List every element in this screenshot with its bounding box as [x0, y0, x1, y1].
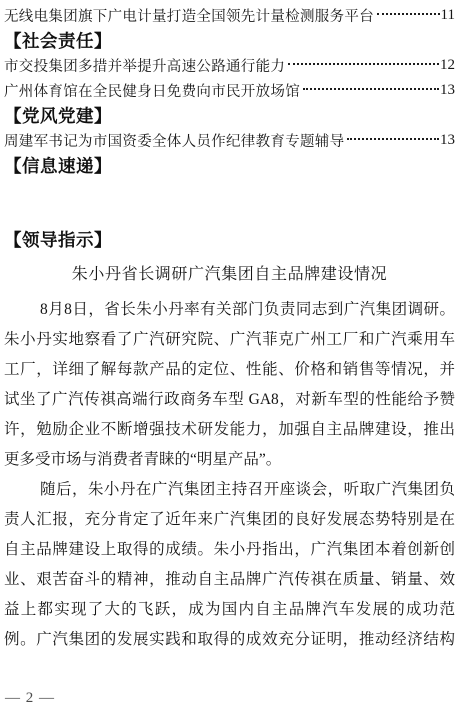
toc-page-number: 11	[441, 7, 455, 24]
paragraph-line: 朱小丹实地察看了广汽研究院、广汽菲克广州工厂和广汽乘用车	[4, 325, 455, 355]
dot-leader	[347, 138, 439, 140]
dot-leader	[303, 88, 439, 90]
toc-page-number: 12	[440, 57, 455, 74]
paragraph-line: 例。广汽集团的发展实践和取得的成效充分证明，推动经济结构	[4, 625, 455, 655]
paragraph: 随后，朱小丹在广汽集团主持召开座谈会，听取广汽集团负 责人汇报，充分肯定了近年来…	[4, 475, 455, 655]
paragraph-line: 8月8日，省长朱小丹率有关部门负责同志到广汽集团调研。	[4, 295, 455, 325]
paragraph-line: 更多受市场与消费者青睐的“明星产品”。	[4, 445, 455, 475]
document-page: 无线电集团旗下广电计量打造全国领先计量检测服务平台 11 【社会责任】 市交投集…	[0, 0, 461, 711]
toc-entry-text: 市交投集团多措并举提升高速公路通行能力	[4, 55, 285, 76]
paragraph-line: 业、艰苦奋斗的精神，推动自主品牌广汽传祺在质量、销量、效	[4, 565, 455, 595]
article: 【领导指示】 朱小丹省长调研广汽集团自主品牌建设情况 8月8日，省长朱小丹率有关…	[4, 228, 455, 655]
toc-section-header-info-express: 【信息速递】	[4, 153, 455, 178]
toc-entry-text: 广州体育馆在全民健身日免费向市民开放场馆	[4, 80, 300, 101]
toc-entry: 市交投集团多措并举提升高速公路通行能力 12	[4, 53, 455, 78]
toc-page-number: 13	[440, 82, 455, 99]
paragraph-line: 益上都实现了大的飞跃，成为国内自主品牌汽车发展的成功范	[4, 595, 455, 625]
paragraph-line: 自主品牌建设上取得的成绩。朱小丹指出，广汽集团本着创新创	[4, 535, 455, 565]
page-number-footer: — 2 —	[5, 690, 55, 707]
dot-leader	[288, 63, 439, 65]
paragraph-line: 试坐了广汽传祺高端行政商务车型 GA8，对新车型的性能给予赞	[4, 385, 455, 415]
toc-entry-text: 周建军书记为市国资委全体人员作纪律教育专题辅导	[4, 130, 344, 151]
paragraph-line: 许，勉励企业不断增强技术研发能力，加强自主品牌建设，推出	[4, 415, 455, 445]
dot-leader	[377, 13, 440, 15]
toc-entry-text: 无线电集团旗下广电计量打造全国领先计量检测服务平台	[4, 5, 374, 26]
toc-entry: 广州体育馆在全民健身日免费向市民开放场馆 13	[4, 78, 455, 103]
toc-page-number: 13	[440, 132, 455, 149]
toc-section-header-social-responsibility: 【社会责任】	[4, 28, 455, 53]
paragraph-line: 责人汇报，充分肯定了近年来广汽集团的良好发展态势特别是在	[4, 505, 455, 535]
paragraph-line: 随后，朱小丹在广汽集团主持召开座谈会，听取广汽集团负	[4, 475, 455, 505]
paragraph: 8月8日，省长朱小丹率有关部门负责同志到广汽集团调研。 朱小丹实地察看了广汽研究…	[4, 295, 455, 475]
toc-entry: 周建军书记为市国资委全体人员作纪律教育专题辅导 13	[4, 128, 455, 153]
toc-entry: 无线电集团旗下广电计量打造全国领先计量检测服务平台 11	[4, 3, 455, 28]
table-of-contents: 无线电集团旗下广电计量打造全国领先计量检测服务平台 11 【社会责任】 市交投集…	[4, 3, 455, 179]
toc-section-header-party-building: 【党风党建】	[4, 103, 455, 128]
article-title: 朱小丹省长调研广汽集团自主品牌建设情况	[4, 262, 455, 287]
paragraph-line: 工厂，详细了解每款产品的定位、性能、价格和销售等情况，并	[4, 355, 455, 385]
article-section-header: 【领导指示】	[4, 228, 455, 253]
